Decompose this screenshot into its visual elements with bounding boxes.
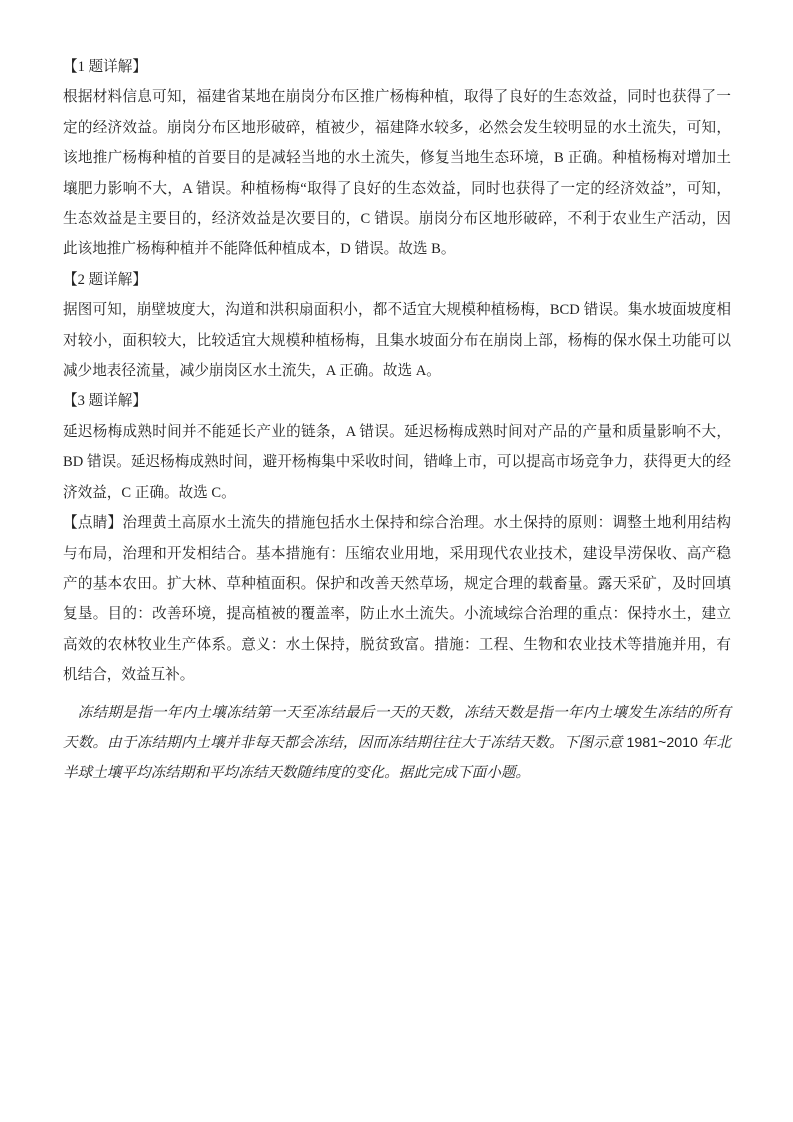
explanation-2-text: 据图可知，崩壁坡度大，沟道和洪积扇面积小，都不适宜大规模种植杨梅，BCD 错误。… — [63, 295, 731, 386]
explanation-1-text: 根据材料信息可知，福建省某地在崩岗分布区推广杨梅种植，取得了良好的生态效益，同时… — [63, 82, 731, 264]
explanation-3-heading: 【3 题详解】 — [63, 386, 731, 416]
explanation-3-text: 延迟杨梅成熟时间并不能延长产业的链条，A 错误。延迟杨梅成熟时间对产品的产量和质… — [63, 417, 731, 508]
document-page: 【1 题详解】 根据材料信息可知，福建省某地在崩岗分布区推广杨梅种植，取得了良好… — [0, 0, 793, 1122]
document-content: 【1 题详解】 根据材料信息可知，福建省某地在崩岗分布区推广杨梅种植，取得了良好… — [63, 52, 731, 789]
material-year-range: 1981~2010 — [626, 735, 697, 751]
explanation-1-heading: 【1 题详解】 — [63, 52, 731, 82]
dianjing-note-text: 【点睛】治理黄土高原水土流失的措施包括水土保持和综合治理。水土保持的原则：调整土… — [63, 508, 731, 690]
explanation-2-heading: 【2 题详解】 — [63, 265, 731, 295]
next-question-material: 冻结期是指一年内土壤冻结第一天至冻结最后一天的天数，冻结天数是指一年内土壤发生冻… — [63, 698, 731, 789]
